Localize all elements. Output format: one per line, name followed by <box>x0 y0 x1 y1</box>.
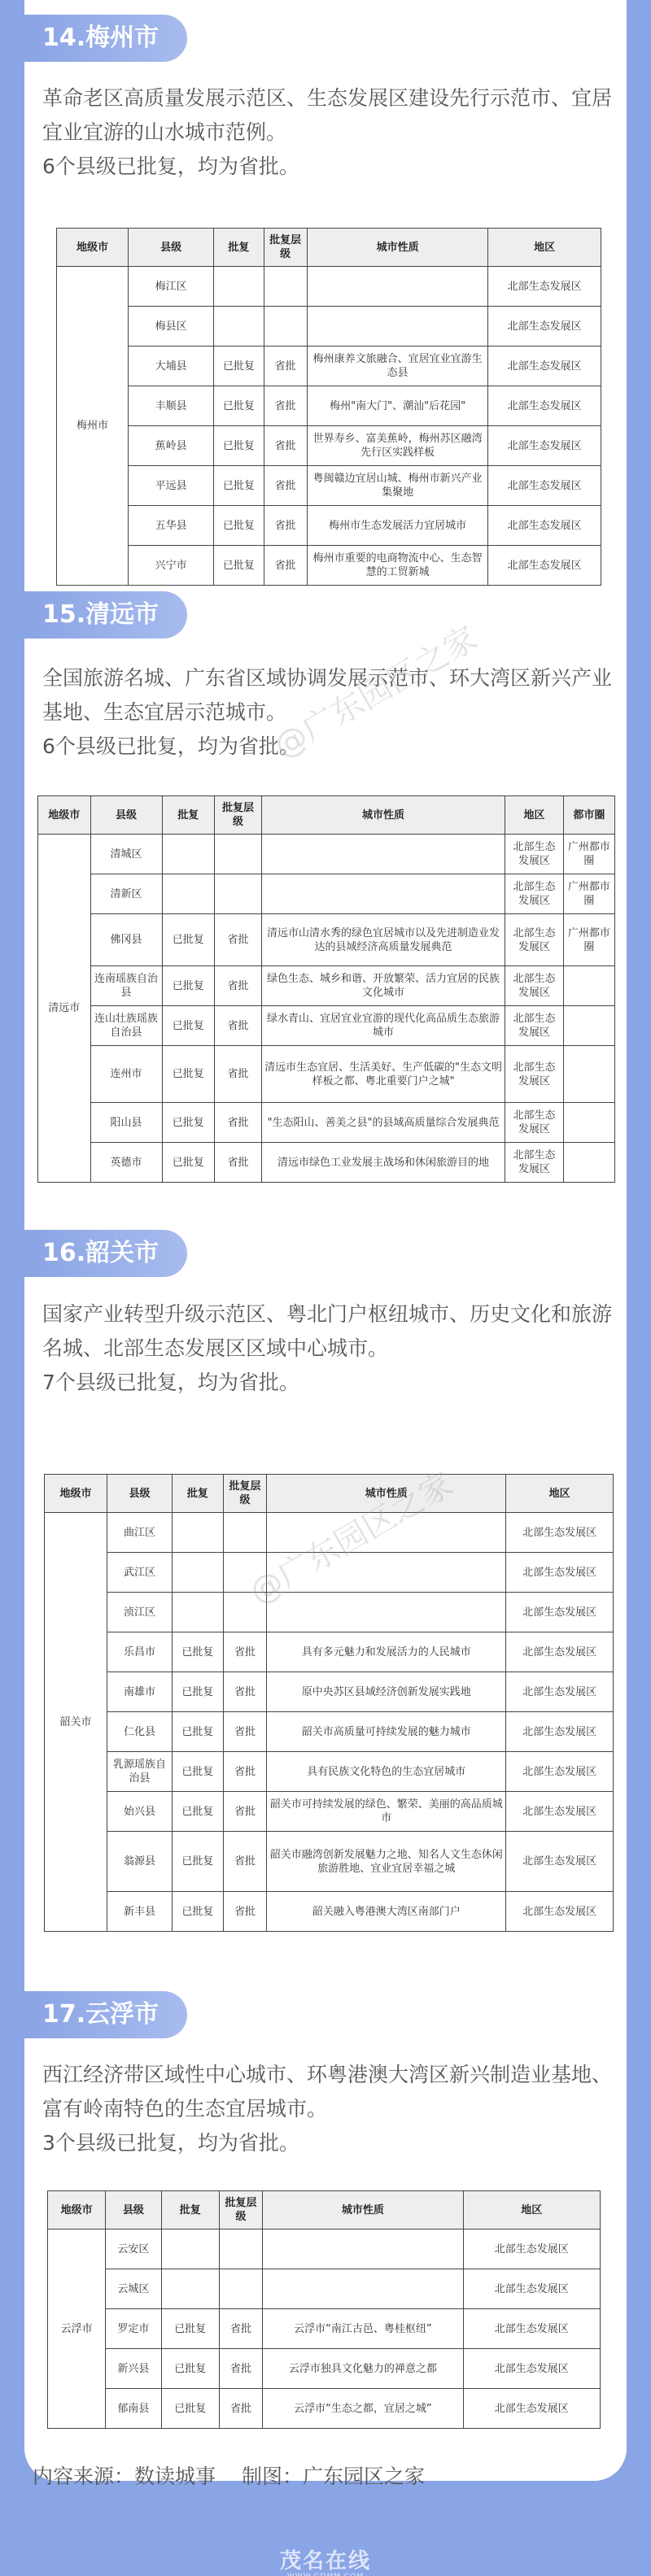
nature-cell: 韶关市可持续发展的绿色、繁荣、美丽的高品质城市 <box>267 1792 506 1832</box>
region-cell: 北部生态发展区 <box>506 1593 614 1632</box>
column-header: 批复 <box>214 229 264 267</box>
nature-cell: 梅州市重要的电商物流中心、生态智慧的工贸新城 <box>307 546 488 586</box>
region-cell: 北部生态发展区 <box>506 1792 614 1832</box>
table-header-row: 地级市 县级 批复 批复层级 城市性质 地区 都市圈 <box>38 796 615 835</box>
level-cell: 省批 <box>223 1752 266 1792</box>
approval-cell: 已批复 <box>172 1712 223 1752</box>
approval-cell: 已批复 <box>162 1103 215 1143</box>
nature-cell: 原中央苏区县域经济创新发展实践地 <box>267 1672 506 1712</box>
county-cell: 郁南县 <box>106 2389 161 2429</box>
table-row: 始兴县 已批复 省批 韶关市可持续发展的绿色、繁荣、美丽的高品质城市 北部生态发… <box>45 1792 614 1832</box>
table-row: 韶关市 曲江区 北部生态发展区 <box>45 1513 614 1553</box>
level-cell: 省批 <box>264 347 307 386</box>
source-credit: 内容来源：数读城事 <box>33 2465 216 2488</box>
county-table: 地级市 县级 批复 批复层级 城市性质 地区 韶关市 曲江区 北部生态发展区 武… <box>44 1474 614 1932</box>
column-header: 地级市 <box>48 2191 106 2229</box>
approval-cell: 已批复 <box>172 1632 223 1672</box>
column-header: 批复层级 <box>264 229 307 267</box>
approval-cell <box>161 2269 219 2309</box>
column-header: 县级 <box>128 229 213 267</box>
nature-cell: 世界寿乡、富美蕉岭，梅州苏区融湾先行区实践样板 <box>307 426 488 466</box>
level-cell: 省批 <box>215 1143 262 1183</box>
column-header: 城市性质 <box>267 1475 506 1513</box>
level-cell: 省批 <box>223 1792 266 1832</box>
level-cell: 省批 <box>264 426 307 466</box>
county-cell: 乐昌市 <box>107 1632 173 1672</box>
approval-cell: 已批复 <box>214 506 264 546</box>
region-cell: 北部生态发展区 <box>505 1103 563 1143</box>
county-cell: 云安区 <box>106 2229 161 2269</box>
table-row: 蕉岭县 已批复 省批 世界寿乡、富美蕉岭，梅州苏区融湾先行区实践样板 北部生态发… <box>57 426 601 466</box>
column-header: 批复 <box>162 796 215 835</box>
brand-logo: 茂名在线 <box>244 2544 407 2574</box>
region-cell: 北部生态发展区 <box>505 874 563 914</box>
table-row: 武江区 北部生态发展区 <box>45 1553 614 1593</box>
metro-cell: 广州都市圈 <box>563 914 614 966</box>
level-cell: 省批 <box>215 914 262 966</box>
table-row: 阳山县 已批复 省批 "生态阳山、善美之县"的县域高质量综合发展典范 北部生态发… <box>38 1103 615 1143</box>
column-header: 地区 <box>506 1475 614 1513</box>
level-cell <box>264 307 307 347</box>
nature-cell <box>267 1553 506 1593</box>
county-cell: 蕉岭县 <box>128 426 213 466</box>
table-row: 新丰县 已批复 省批 韶关融入粤港澳大湾区南部门户 北部生态发展区 <box>45 1892 614 1932</box>
county-cell: 英德市 <box>90 1143 162 1183</box>
county-table: 地级市 县级 批复 批复层级 城市性质 地区 都市圈 清远市 清城区 北部生态发… <box>37 795 615 1183</box>
nature-cell: 韶关市高质量可持续发展的魅力城市 <box>267 1712 506 1752</box>
table-row: 南雄市 已批复 省批 原中央苏区县域经济创新发展实践地 北部生态发展区 <box>45 1672 614 1712</box>
county-cell: 连南瑶族自治县 <box>90 966 162 1006</box>
nature-cell: 绿水青山、宜居宜业宜游的现代化高品质生态旅游城市 <box>261 1006 505 1046</box>
column-header: 批复层级 <box>223 1475 266 1513</box>
content-card: 14.梅州市 革命老区高质量发展示范区、生态发展区建设先行示范市、宜居宜业宜游的… <box>24 0 627 2481</box>
approval-cell <box>162 835 215 874</box>
approval-cell: 已批复 <box>172 1892 223 1932</box>
column-header: 都市圈 <box>563 796 614 835</box>
county-cell: 新丰县 <box>107 1892 173 1932</box>
column-header: 县级 <box>90 796 162 835</box>
table-row: 乐昌市 已批复 省批 具有多元魅力和发展活力的人民城市 北部生态发展区 <box>45 1632 614 1672</box>
county-cell: 乳源瑶族自治县 <box>107 1752 173 1792</box>
level-cell: 省批 <box>215 1006 262 1046</box>
nature-cell: 清远市山清水秀的绿色宜居城市以及先进制造业发达的县域经济高质量发展典范 <box>261 914 505 966</box>
column-header: 地级市 <box>57 229 129 267</box>
approval-cell: 已批复 <box>161 2389 219 2429</box>
column-header: 城市性质 <box>261 796 505 835</box>
column-header: 城市性质 <box>263 2191 463 2229</box>
brand-watermark: 茂名在线 WWW.GDMM.COM <box>244 2544 407 2576</box>
approval-cell: 已批复 <box>214 386 264 426</box>
region-cell: 北部生态发展区 <box>488 466 601 506</box>
level-cell: 省批 <box>223 1892 266 1932</box>
region-cell: 北部生态发展区 <box>463 2309 600 2349</box>
table-row: 郁南县 已批复 省批 云浮市“生态之都，宜居之城” 北部生态发展区 <box>48 2389 601 2429</box>
approval-cell <box>214 267 264 307</box>
county-cell: 清城区 <box>90 835 162 874</box>
nature-cell: 梅州康养文旅融合、宜居宜业宜游生态县 <box>307 347 488 386</box>
level-cell: 省批 <box>215 1103 262 1143</box>
nature-cell: 清远市绿色工业发展主战场和休闲旅游目的地 <box>261 1143 505 1183</box>
table-row: 丰顺县 已批复 省批 梅州"南大门"、潮汕"后花园" 北部生态发展区 <box>57 386 601 426</box>
region-cell: 北部生态发展区 <box>505 1006 563 1046</box>
table-row: 五华县 已批复 省批 梅州市生态发展活力宜居城市 北部生态发展区 <box>57 506 601 546</box>
level-cell <box>219 2269 262 2309</box>
county-cell: 阳山县 <box>90 1103 162 1143</box>
county-cell: 平远县 <box>128 466 213 506</box>
level-cell: 省批 <box>264 546 307 586</box>
county-cell: 兴宁市 <box>128 546 213 586</box>
table-row: 平远县 已批复 省批 粤闽赣边宜居山城、梅州市新兴产业集聚地 北部生态发展区 <box>57 466 601 506</box>
column-header: 地区 <box>463 2191 600 2229</box>
level-cell <box>223 1553 266 1593</box>
column-header: 县级 <box>107 1475 173 1513</box>
approval-cell: 已批复 <box>172 1792 223 1832</box>
approval-cell: 已批复 <box>214 347 264 386</box>
column-header: 城市性质 <box>307 229 488 267</box>
county-cell: 连山壮族瑶族自治县 <box>90 1006 162 1046</box>
approval-cell: 已批复 <box>172 1672 223 1712</box>
approval-cell: 已批复 <box>214 426 264 466</box>
level-cell <box>223 1593 266 1632</box>
credits: 内容来源：数读城事制图：广东园区之家 <box>33 2460 425 2490</box>
column-header: 地区 <box>505 796 563 835</box>
region-cell: 北部生态发展区 <box>506 1513 614 1553</box>
metro-cell <box>563 1046 614 1103</box>
table-row: 连州市 已批复 省批 清远市生态宜居、生活美好、生产低碳的"生态文明样板之都、粤… <box>38 1046 615 1103</box>
region-cell: 北部生态发展区 <box>488 386 601 426</box>
city-cell: 梅州市 <box>57 267 129 586</box>
nature-cell: 绿色生态、城乡和谐、开放繁荣、活力宜居的民族文化城市 <box>261 966 505 1006</box>
region-cell: 北部生态发展区 <box>488 426 601 466</box>
region-cell: 北部生态发展区 <box>506 1752 614 1792</box>
region-cell: 北部生态发展区 <box>505 1046 563 1103</box>
county-cell: 佛冈县 <box>90 914 162 966</box>
region-cell: 北部生态发展区 <box>463 2229 600 2269</box>
approval-cell: 已批复 <box>162 914 215 966</box>
table-row: 浈江区 北部生态发展区 <box>45 1593 614 1632</box>
county-cell: 武江区 <box>107 1553 173 1593</box>
level-cell <box>215 835 262 874</box>
level-cell: 省批 <box>215 966 262 1006</box>
table-row: 清新区 北部生态发展区 广州都市圈 <box>38 874 615 914</box>
approval-cell: 已批复 <box>161 2309 219 2349</box>
table-row: 梅州市 梅江区 北部生态发展区 <box>57 267 601 307</box>
region-cell: 北部生态发展区 <box>506 1553 614 1593</box>
table-row: 兴宁市 已批复 省批 梅州市重要的电商物流中心、生态智慧的工贸新城 北部生态发展… <box>57 546 601 586</box>
city-cell: 清远市 <box>38 835 91 1183</box>
section-title: 17.云浮市 <box>24 1991 187 2038</box>
column-header: 批复 <box>172 1475 223 1513</box>
county-cell: 仁化县 <box>107 1712 173 1752</box>
approval-cell: 已批复 <box>162 1143 215 1183</box>
approval-cell: 已批复 <box>162 966 215 1006</box>
county-cell: 始兴县 <box>107 1792 173 1832</box>
column-header: 批复层级 <box>215 796 262 835</box>
nature-cell: "生态阳山、善美之县"的县域高质量综合发展典范 <box>261 1103 505 1143</box>
nature-cell <box>267 1593 506 1632</box>
section-title: 16.韶关市 <box>24 1230 187 1277</box>
metro-cell: 广州都市圈 <box>563 835 614 874</box>
nature-cell <box>307 307 488 347</box>
region-cell: 北部生态发展区 <box>505 966 563 1006</box>
level-cell: 省批 <box>219 2309 262 2349</box>
region-cell: 北部生态发展区 <box>506 1672 614 1712</box>
table-row: 新兴县 已批复 省批 云浮市独具文化魅力的禅意之都 北部生态发展区 <box>48 2349 601 2389</box>
city-cell: 韶关市 <box>45 1513 107 1932</box>
section-summary: 6个县级已批复，均为省批。 <box>42 730 612 764</box>
section-title: 15.清远市 <box>24 591 187 639</box>
approval-cell <box>172 1513 223 1553</box>
table-row: 罗定市 已批复 省批 云浮市“南江古邑、粤桂枢纽” 北部生态发展区 <box>48 2309 601 2349</box>
nature-cell <box>263 2269 463 2309</box>
region-cell: 北部生态发展区 <box>506 1632 614 1672</box>
approval-cell: 已批复 <box>162 1006 215 1046</box>
metro-cell <box>563 1006 614 1046</box>
approval-cell <box>162 874 215 914</box>
column-header: 地级市 <box>45 1475 107 1513</box>
county-table: 地级市 县级 批复 批复层级 城市性质 地区 梅州市 梅江区 北部生态发展区 梅… <box>56 228 601 586</box>
region-cell: 北部生态发展区 <box>488 546 601 586</box>
approval-cell: 已批复 <box>161 2349 219 2389</box>
table-row: 连山壮族瑶族自治县 已批复 省批 绿水青山、宜居宜业宜游的现代化高品质生态旅游城… <box>38 1006 615 1046</box>
level-cell: 省批 <box>264 386 307 426</box>
table-row: 大埔县 已批复 省批 梅州康养文旅融合、宜居宜业宜游生态县 北部生态发展区 <box>57 347 601 386</box>
column-header: 地区 <box>488 229 601 267</box>
made-by-credit: 制图：广东园区之家 <box>242 2465 425 2488</box>
section-summary: 6个县级已批复，均为省批。 <box>42 150 612 184</box>
county-cell: 梅县区 <box>128 307 213 347</box>
column-header: 批复 <box>161 2191 219 2229</box>
region-cell: 北部生态发展区 <box>488 307 601 347</box>
region-cell: 北部生态发展区 <box>506 1832 614 1892</box>
level-cell <box>223 1513 266 1553</box>
nature-cell: 云浮市独具文化魅力的禅意之都 <box>263 2349 463 2389</box>
level-cell: 省批 <box>223 1712 266 1752</box>
table-header-row: 地级市 县级 批复 批复层级 城市性质 地区 <box>57 229 601 267</box>
approval-cell: 已批复 <box>172 1832 223 1892</box>
level-cell: 省批 <box>219 2389 262 2429</box>
section-description: 革命老区高质量发展示范区、生态发展区建设先行示范市、宜居宜业宜游的山水城市范例。 <box>42 81 612 150</box>
county-cell: 连州市 <box>90 1046 162 1103</box>
approval-cell: 已批复 <box>214 546 264 586</box>
county-cell: 大埔县 <box>128 347 213 386</box>
level-cell <box>215 874 262 914</box>
level-cell <box>264 267 307 307</box>
nature-cell: 云浮市“南江古邑、粤桂枢纽” <box>263 2309 463 2349</box>
county-cell: 清新区 <box>90 874 162 914</box>
county-cell: 新兴县 <box>106 2349 161 2389</box>
region-cell: 北部生态发展区 <box>463 2389 600 2429</box>
nature-cell: 梅州"南大门"、潮汕"后花园" <box>307 386 488 426</box>
county-cell: 罗定市 <box>106 2309 161 2349</box>
table-row: 梅县区 北部生态发展区 <box>57 307 601 347</box>
nature-cell: 韶关市融湾创新发展魅力之地、知名人文生态休闲旅游胜地、宜业宜居幸福之城 <box>267 1832 506 1892</box>
approval-cell: 已批复 <box>162 1046 215 1103</box>
level-cell: 省批 <box>223 1632 266 1672</box>
region-cell: 北部生态发展区 <box>505 835 563 874</box>
metro-cell <box>563 1143 614 1183</box>
metro-cell <box>563 1103 614 1143</box>
table-row: 佛冈县 已批复 省批 清远市山清水秀的绿色宜居城市以及先进制造业发达的县域经济高… <box>38 914 615 966</box>
table-row: 云浮市 云安区 北部生态发展区 <box>48 2229 601 2269</box>
nature-cell: 清远市生态宜居、生活美好、生产低碳的"生态文明样板之都、粤北重要门户之城" <box>261 1046 505 1103</box>
column-header: 地级市 <box>38 796 91 835</box>
table-header-row: 地级市 县级 批复 批复层级 城市性质 地区 <box>48 2191 601 2229</box>
table-row: 连南瑶族自治县 已批复 省批 绿色生态、城乡和谐、开放繁荣、活力宜居的民族文化城… <box>38 966 615 1006</box>
county-cell: 曲江区 <box>107 1513 173 1553</box>
county-cell: 南雄市 <box>107 1672 173 1712</box>
brand-url: WWW.GDMM.COM <box>244 2573 407 2576</box>
table-row: 清远市 清城区 北部生态发展区 广州都市圈 <box>38 835 615 874</box>
nature-cell: 具有民族文化特色的生态宜居城市 <box>267 1752 506 1792</box>
region-cell: 北部生态发展区 <box>505 914 563 966</box>
region-cell: 北部生态发展区 <box>506 1712 614 1752</box>
county-cell: 浈江区 <box>107 1593 173 1632</box>
nature-cell: 粤闽赣边宜居山城、梅州市新兴产业集聚地 <box>307 466 488 506</box>
approval-cell <box>172 1553 223 1593</box>
nature-cell <box>261 835 505 874</box>
approval-cell <box>161 2229 219 2269</box>
table-header-row: 地级市 县级 批复 批复层级 城市性质 地区 <box>45 1475 614 1513</box>
region-cell: 北部生态发展区 <box>488 267 601 307</box>
level-cell: 省批 <box>219 2349 262 2389</box>
county-table: 地级市 县级 批复 批复层级 城市性质 地区 云浮市 云安区 北部生态发展区 云… <box>47 2190 601 2429</box>
region-cell: 北部生态发展区 <box>488 506 601 546</box>
region-cell: 北部生态发展区 <box>463 2269 600 2309</box>
region-cell: 北部生态发展区 <box>488 347 601 386</box>
level-cell: 省批 <box>264 506 307 546</box>
approval-cell: 已批复 <box>172 1752 223 1792</box>
county-cell: 云城区 <box>106 2269 161 2309</box>
column-header: 批复层级 <box>219 2191 262 2229</box>
approval-cell <box>214 307 264 347</box>
region-cell: 北部生态发展区 <box>463 2349 600 2389</box>
level-cell <box>219 2229 262 2269</box>
table-row: 英德市 已批复 省批 清远市绿色工业发展主战场和休闲旅游目的地 北部生态发展区 <box>38 1143 615 1183</box>
section-description: 国家产业转型升级示范区、粤北门户枢纽城市、历史文化和旅游名城、北部生态发展区区域… <box>42 1297 612 1366</box>
table-row: 乳源瑶族自治县 已批复 省批 具有民族文化特色的生态宜居城市 北部生态发展区 <box>45 1752 614 1792</box>
nature-cell: 韶关融入粤港澳大湾区南部门户 <box>267 1892 506 1932</box>
nature-cell <box>307 267 488 307</box>
county-cell: 翁源县 <box>107 1832 173 1892</box>
level-cell: 省批 <box>215 1046 262 1103</box>
level-cell: 省批 <box>223 1672 266 1712</box>
section-title: 14.梅州市 <box>24 15 187 62</box>
county-cell: 丰顺县 <box>128 386 213 426</box>
county-cell: 五华县 <box>128 506 213 546</box>
table-row: 翁源县 已批复 省批 韶关市融湾创新发展魅力之地、知名人文生态休闲旅游胜地、宜业… <box>45 1832 614 1892</box>
nature-cell: 梅州市生态发展活力宜居城市 <box>307 506 488 546</box>
approval-cell: 已批复 <box>214 466 264 506</box>
section-description: 全国旅游名城、广东省区域协调发展示范市、环大湾区新兴产业基地、生态宜居示范城市。 <box>42 661 612 730</box>
column-header: 县级 <box>106 2191 161 2229</box>
nature-cell: 具有多元魅力和发展活力的人民城市 <box>267 1632 506 1672</box>
region-cell: 北部生态发展区 <box>506 1892 614 1932</box>
metro-cell <box>563 966 614 1006</box>
county-cell: 梅江区 <box>128 267 213 307</box>
level-cell: 省批 <box>264 466 307 506</box>
level-cell: 省批 <box>223 1832 266 1892</box>
section-summary: 7个县级已批复，均为省批。 <box>42 1366 612 1400</box>
section-description: 西江经济带区域性中心城市、环粤港澳大湾区新兴制造业基地、富有岭南特色的生态宜居城… <box>42 2058 612 2126</box>
city-cell: 云浮市 <box>48 2229 106 2429</box>
region-cell: 北部生态发展区 <box>505 1143 563 1183</box>
nature-cell <box>263 2229 463 2269</box>
metro-cell: 广州都市圈 <box>563 874 614 914</box>
nature-cell <box>261 874 505 914</box>
nature-cell: 云浮市“生态之都，宜居之城” <box>263 2389 463 2429</box>
table-row: 仁化县 已批复 省批 韶关市高质量可持续发展的魅力城市 北部生态发展区 <box>45 1712 614 1752</box>
nature-cell <box>267 1513 506 1553</box>
section-summary: 3个县级已批复，均为省批。 <box>42 2126 612 2160</box>
approval-cell <box>172 1593 223 1632</box>
table-row: 云城区 北部生态发展区 <box>48 2269 601 2309</box>
